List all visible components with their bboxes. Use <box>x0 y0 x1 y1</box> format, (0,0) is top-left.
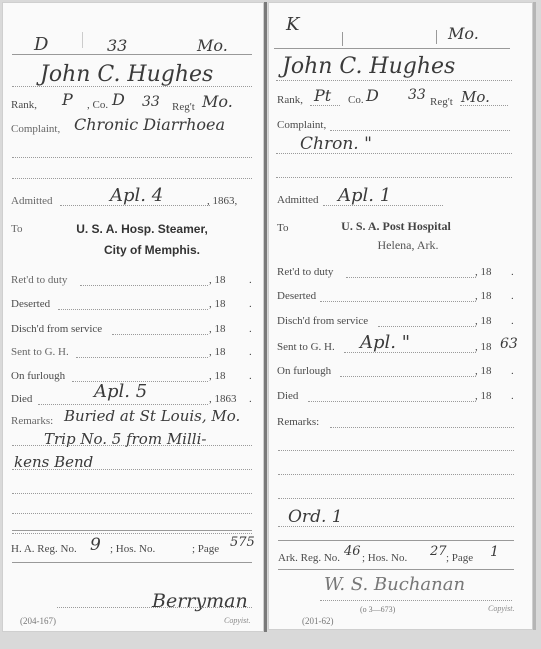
sent-to-gh-year: 63 <box>500 336 518 352</box>
status-line <box>76 357 208 358</box>
complaint-line-3 <box>12 178 252 179</box>
remarks-rule <box>12 533 252 534</box>
footer-rule-bottom <box>12 562 252 563</box>
footer-rule-bottom <box>278 569 514 570</box>
soldier-name: John C. Hughes <box>282 54 455 79</box>
rank-label: Rank, <box>11 99 37 111</box>
status-year: , 18 <box>475 290 492 302</box>
status-label: Ret'd to duty <box>277 266 333 278</box>
page-label: ; Page <box>446 552 473 564</box>
state-value: Mo. <box>202 92 233 111</box>
regiment-value: 33 <box>142 94 160 110</box>
status-end: . <box>249 323 252 335</box>
status-year: , 18 <box>475 341 492 353</box>
status-year: , 18 <box>209 346 226 358</box>
page-value: 1 <box>490 544 499 560</box>
complaint-line-2 <box>12 157 252 158</box>
header-divider <box>436 30 437 44</box>
soldier-name: John C. Hughes <box>40 62 213 87</box>
complaint-value: Chronic Diarrhoea <box>74 115 225 134</box>
status-end: . <box>249 393 252 405</box>
status-end: . <box>511 266 514 278</box>
remarks-rule <box>278 450 514 451</box>
name-line <box>12 86 252 87</box>
remarks-line-4: Ord. 1 <box>288 507 343 527</box>
header-state: Mo. <box>197 36 228 55</box>
copyist-signature: Berryman <box>152 590 248 612</box>
header-rule <box>12 54 252 55</box>
header-divider <box>82 32 83 48</box>
status-line <box>378 326 476 327</box>
status-year: , 18 <box>475 266 492 278</box>
remarks-rule <box>278 498 514 499</box>
status-end: . <box>249 298 252 310</box>
status-label: On furlough <box>11 370 65 382</box>
status-year: , 18 <box>475 390 492 402</box>
copyist-signature: W. S. Buchanan <box>324 574 465 595</box>
footer-rule-top <box>12 530 252 531</box>
remarks-label: Remarks: <box>11 415 53 427</box>
status-line <box>80 285 208 286</box>
status-year: , 1863 <box>209 393 237 405</box>
header-divider <box>342 32 343 46</box>
remarks-label: Remarks: <box>277 416 319 428</box>
form-number: (204-167) <box>20 616 56 626</box>
status-label: Died <box>11 393 32 405</box>
status-line <box>112 334 208 335</box>
reg-no-value: 9 <box>90 535 101 555</box>
header-company: K <box>286 14 299 35</box>
company-value: D <box>112 90 125 109</box>
admitted-label: Admitted <box>11 195 53 207</box>
hos-no-label: ; Hos. No. <box>362 552 407 564</box>
signature-line <box>57 607 252 608</box>
regiment-label: Reg't <box>172 101 195 113</box>
complaint-line-2 <box>276 153 512 154</box>
complaint-line <box>330 130 510 131</box>
name-line <box>276 80 512 81</box>
sent-to-gh-date: Apl. " <box>360 332 410 353</box>
copyist-label: Copyist. <box>224 616 250 625</box>
page-label: ; Page <box>192 543 219 555</box>
rank-value: Pt <box>314 86 331 105</box>
admitted-year: , 1863, <box>207 195 237 207</box>
header-company: D <box>34 34 48 55</box>
status-end: . <box>249 346 252 358</box>
header-state: Mo. <box>448 24 479 43</box>
remarks-line-3: kens Bend <box>14 453 93 471</box>
company-label: , Co. <box>87 99 108 111</box>
status-label: Ret'd to duty <box>11 274 67 286</box>
footer-rule-top <box>278 540 514 541</box>
header-regiment: 33 <box>107 36 127 55</box>
rank-value: P <box>62 90 73 109</box>
complaint-label: Complaint, <box>277 119 326 131</box>
status-year: , 18 <box>209 370 226 382</box>
status-line <box>308 401 476 402</box>
status-label: Deserted <box>11 298 50 310</box>
state-value: Mo. <box>461 88 490 106</box>
form-code: (o 3—673) <box>360 605 395 614</box>
remarks-rule <box>330 427 514 428</box>
status-label: On furlough <box>277 365 331 377</box>
hospital-card-right: K Mo. John C. Hughes Rank, Pt Co. D 33 R… <box>268 2 536 630</box>
status-label: Disch'd from service <box>277 315 368 327</box>
remarks-rule <box>12 493 252 494</box>
reg-no-label: H. A. Reg. No. <box>11 543 77 555</box>
hospital-line-2: Helena, Ark. <box>328 238 488 253</box>
admitted-date: Apl. 1 <box>338 185 391 206</box>
hos-no-value: 27 <box>430 544 447 559</box>
to-label: To <box>11 223 22 235</box>
admitted-date: Apl. 4 <box>110 185 163 206</box>
complaint-line-3 <box>276 177 512 178</box>
copyist-label: Copyist. <box>488 604 514 613</box>
status-label: Died <box>277 390 298 402</box>
state-line <box>460 105 508 106</box>
status-label: Disch'd from service <box>11 323 102 335</box>
rank-line <box>310 105 340 106</box>
status-end: . <box>511 315 514 327</box>
regiment-value: 33 <box>408 87 426 103</box>
status-end: . <box>249 274 252 286</box>
company-value: D <box>366 86 379 105</box>
to-label: To <box>277 222 288 234</box>
hospital-line-1: U. S. A. Post Hospital <box>316 219 476 234</box>
hospital-line-2: City of Memphis. <box>42 243 262 257</box>
status-end: . <box>249 370 252 382</box>
reg-no-value: 46 <box>344 544 361 559</box>
remarks-rule <box>278 526 514 527</box>
died-date: Apl. 5 <box>94 381 147 402</box>
status-line <box>38 404 208 405</box>
hos-no-label: ; Hos. No. <box>110 543 155 555</box>
status-label: Sent to G. H. <box>277 341 335 353</box>
hospital-line-1: U. S. A. Hosp. Steamer, <box>42 222 242 236</box>
signature-line <box>320 600 512 601</box>
status-year: , 18 <box>475 315 492 327</box>
status-label: Sent to G. H. <box>11 346 69 358</box>
complaint-value: Chron. " <box>300 134 372 154</box>
admitted-label: Admitted <box>277 194 319 206</box>
status-line <box>58 309 208 310</box>
status-year: , 18 <box>209 274 226 286</box>
status-end: . <box>511 290 514 302</box>
page-value: 575 <box>230 535 255 550</box>
company-label: Co. <box>348 94 364 106</box>
status-year: , 18 <box>209 323 226 335</box>
form-number: (201-62) <box>302 616 334 626</box>
status-year: , 18 <box>209 298 226 310</box>
rank-label: Rank, <box>277 94 303 106</box>
status-line <box>320 301 476 302</box>
remarks-rule <box>12 513 252 514</box>
complaint-label: Complaint, <box>11 123 60 135</box>
regiment-label: Reg't <box>430 96 453 108</box>
status-label: Deserted <box>277 290 316 302</box>
status-end: . <box>511 390 514 402</box>
status-line <box>340 376 476 377</box>
status-year: , 18 <box>475 365 492 377</box>
remarks-line-2: Trip No. 5 from Milli- <box>44 430 206 448</box>
status-line <box>346 277 476 278</box>
status-end: . <box>511 365 514 377</box>
remarks-rule <box>278 474 514 475</box>
header-rule <box>274 48 510 49</box>
remarks-line-1: Buried at St Louis, Mo. <box>64 407 240 425</box>
hospital-card-left: D 33 Mo. John C. Hughes Rank, P , Co. D … <box>2 2 267 632</box>
reg-no-label: Ark. Reg. No. <box>278 552 340 564</box>
